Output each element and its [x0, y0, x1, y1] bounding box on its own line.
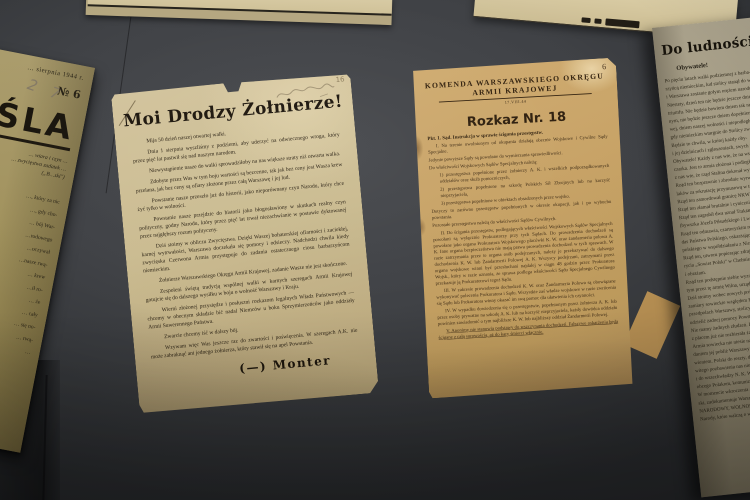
right-doc-body: Do ludności miasta stoł… Obywatele! Po p… [654, 26, 750, 425]
print-fragment [581, 17, 590, 23]
print-fragment [594, 18, 601, 24]
paper-wedge [624, 291, 680, 359]
rozkaz-sections: I. Na terenie uwolnionym od okupanta dzi… [428, 133, 619, 341]
right-doc-title: Do ludności miasta stoł… [661, 26, 750, 59]
wisla-body-fragments: …, który za nic…, gdy cho-… bój War-…rod… [0, 168, 60, 357]
leaflet-body: Mija 50 dzień naszej otwartej walki.Dnia… [115, 119, 376, 385]
photo-background: 2 7 … sierpnia 1944 r. № 6 ŚLA … wiara i… [0, 0, 750, 500]
photo-vignette [0, 0, 750, 500]
rozkaz-body: KOMENDA WARSZAWSKIEGO OKRĘGU ARMII KRAJO… [412, 71, 632, 344]
right-edge-document: Do ludności miasta stoł… Obywatele! Po p… [652, 10, 750, 498]
leaflet-paragraphs: Mija 50 dzień naszej otwartej walki.Dnia… [131, 120, 358, 361]
right-doc-lines: Po pięciu latach walki podziemnej z barb… [664, 60, 750, 423]
print-fragment [605, 18, 639, 28]
rozkaz-document: 6 KOMENDA WARSZAWSKIEGO OKRĘGU ARMII KRA… [411, 58, 634, 399]
rozkaz-section: II. Do ścigania przestępstw, podlegający… [433, 221, 616, 287]
leaflet-moi-drodzy-zolnierze: 16 Moi Drodzy Żołnierze! Mija 50 dzień n… [111, 72, 379, 414]
rozkaz-page-number: 6 [602, 62, 606, 71]
handwritten-corner-mark: 16 [335, 75, 345, 84]
